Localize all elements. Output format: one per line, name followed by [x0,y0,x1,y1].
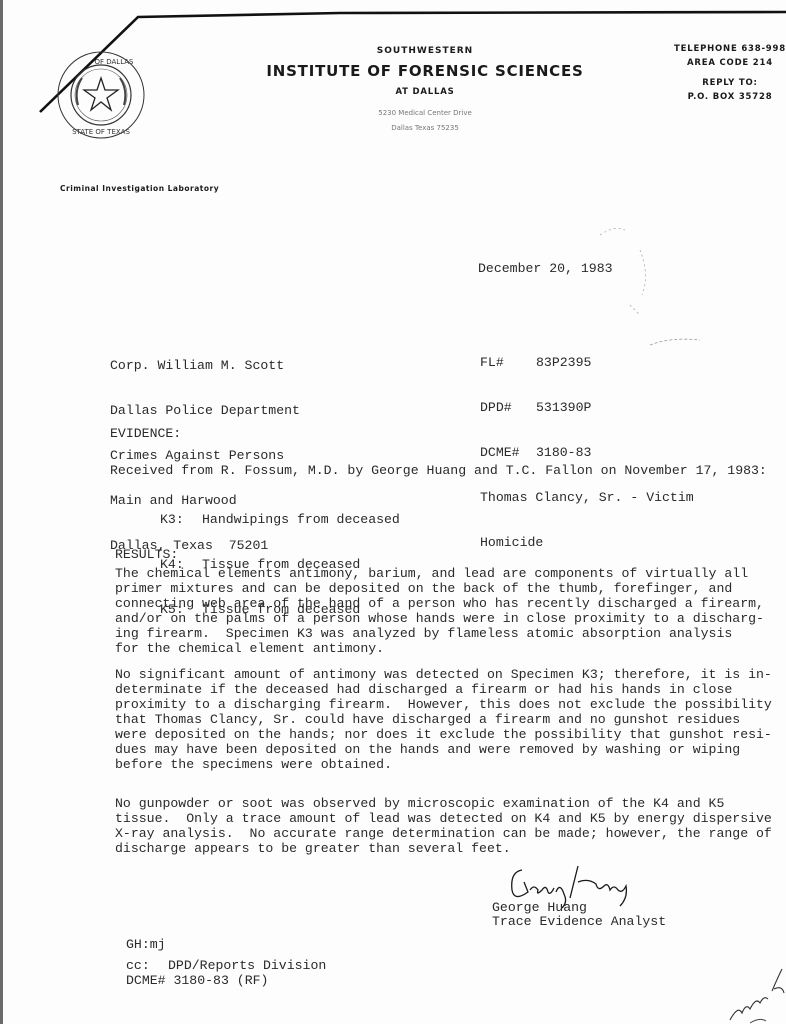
cc-line-1: cc:DPD/Reports Division [126,958,326,973]
signatory-title: Trace Evidence Analyst [492,914,666,929]
case-reference: FL#83P2395 DPD#531390P DCME#3180-83 Thom… [480,325,694,565]
svg-text:STATE OF TEXAS: STATE OF TEXAS [72,128,130,136]
city-address: Dallas Texas 75235 [340,124,510,132]
telephone: TELEPHONE 638-998 [660,44,786,54]
typist-initials: GH:mj [126,937,166,952]
svg-text:OF DALLAS: OF DALLAS [94,58,134,66]
city-seal-icon: STATE OF TEXAS OF DALLAS [56,50,146,140]
org-region: SOUTHWESTERN [340,46,510,56]
org-name: INSTITUTE OF FORENSIC SCIENCES [245,62,605,80]
recipient-line: Dallas Police Department [110,403,300,418]
cc-line-2: DCME# 3180-83 (RF) [126,973,268,988]
evidence-heading: EVIDENCE: [110,426,181,441]
recipient-line: Corp. William M. Scott [110,358,300,373]
ref-row-dcme: DCME#3180-83 [480,445,694,460]
area-code: AREA CODE 214 [660,58,786,68]
results-paragraph-2: No significant amount of antimony was de… [115,667,786,772]
po-box: P.O. BOX 35728 [660,92,786,102]
letter-date: December 20, 1983 [478,261,613,276]
results-paragraph-1: The chemical elements antimony, barium, … [115,566,786,656]
ref-row-dpd: DPD#531390P [480,400,694,415]
results-paragraph-3: No gunpowder or soot was observed by mic… [115,796,786,856]
recipient-line: Crimes Against Persons [110,448,300,463]
ref-row-fl: FL#83P2395 [480,355,694,370]
results-heading: RESULTS: [115,547,178,562]
org-location: AT DALLAS [350,87,500,97]
street-address: 5230 Medical Center Drive [340,109,510,117]
case-type: Homicide [480,535,694,550]
margin-handwriting [720,955,786,1024]
evidence-item: K3:Handwipings from deceased [160,512,400,527]
scan-left-edge [0,0,3,1024]
reply-to-label: REPLY TO: [660,78,786,88]
signatory-name: George Huang [492,900,587,915]
evidence-received: Received from R. Fossum, M.D. by George … [110,463,767,478]
victim-line: Thomas Clancy, Sr. - Victim [480,490,694,505]
department-name: Criminal Investigation Laboratory [60,184,219,193]
cc-label: cc: [126,958,168,973]
